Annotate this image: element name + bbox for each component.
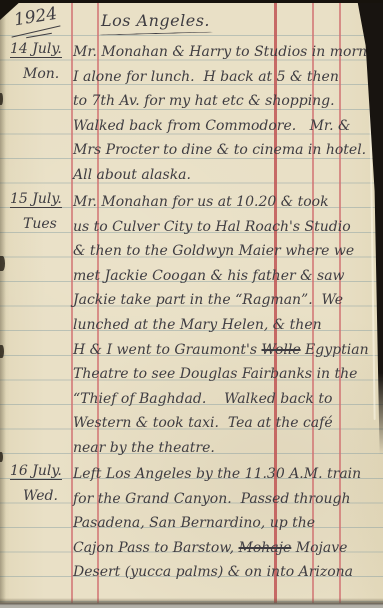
diary-line: to 7th Av. for my hat etc & shopping. xyxy=(73,89,379,114)
diary-line: met Jackie Coogan & his father & saw xyxy=(73,264,379,289)
diary-line: Walked back from Commodore. Mr. & xyxy=(73,114,379,139)
diary-line: Theatre to see Douglas Fairbanks in the xyxy=(73,362,379,387)
diary-line: Cajon Pass to Barstow, Mohaje Mojave xyxy=(73,536,379,561)
struck-word: Mohaje xyxy=(239,540,292,556)
diary-line: near by the theatre. xyxy=(73,436,379,461)
diary-line: I alone for lunch. H back at 5 & then xyxy=(73,65,379,90)
entry-day: Wed. xyxy=(23,488,58,504)
diary-line: Left Los Angeles by the 11.30 A.M. train xyxy=(73,462,379,487)
entry-16-july: 16 July. Wed. Left Los Angeles by the 11… xyxy=(0,462,383,585)
diary-line: “Thief of Baghdad. Walked back to xyxy=(73,387,379,412)
diary-line: Mrs Procter to dine & to cinema in hotel… xyxy=(73,138,379,163)
line-segment: Egyptian xyxy=(301,342,369,358)
entry-14-july: 14 July. Mon. Mr. Monahan & Harry to Stu… xyxy=(0,40,383,188)
page-title: Los Angeles. xyxy=(101,11,210,30)
entry-body: Mr. Monahan for us at 10.20 & took us to… xyxy=(73,190,379,461)
diary-line: Mr. Monahan & Harry to Studios in mornin… xyxy=(73,40,379,65)
entry-day: Tues xyxy=(23,216,57,232)
diary-line: & then to the Goldwyn Maier where we xyxy=(73,239,379,264)
diary-line: Jackie take part in the “Ragman”. We xyxy=(73,288,379,313)
line-segment: Cajon Pass to Barstow, xyxy=(73,540,239,556)
entry-15-july: 15 July. Tues Mr. Monahan for us at 10.2… xyxy=(0,190,383,461)
top-edge-shadow xyxy=(0,0,383,3)
diary-line: Mr. Monahan for us at 10.20 & took xyxy=(73,190,379,215)
entry-date: 14 July. xyxy=(10,41,62,58)
bottom-edge-shadow xyxy=(0,598,383,608)
diary-line: for the Grand Canyon. Passed through xyxy=(73,487,379,512)
diary-line: us to Culver City to Hal Roach's Studio xyxy=(73,215,379,240)
diary-line: Pasadena, San Bernardino, up the xyxy=(73,511,379,536)
entry-date: 16 July. xyxy=(10,463,62,480)
entry-date: 15 July. xyxy=(10,191,62,208)
struck-word: Wolle xyxy=(262,342,301,358)
diary-line: Desert (yucca palms) & on into Arizona xyxy=(73,560,379,585)
entry-body: Left Los Angeles by the 11.30 A.M. train… xyxy=(73,462,379,585)
line-segment: Mojave xyxy=(291,540,347,556)
diary-line: All about alaska. xyxy=(73,163,379,188)
diary-line: Western & took taxi. Tea at the café xyxy=(73,411,379,436)
entry-body: Mr. Monahan & Harry to Studios in mornin… xyxy=(73,40,379,188)
diary-line: lunched at the Mary Helen, & then xyxy=(73,313,379,338)
entry-day: Mon. xyxy=(23,66,59,82)
diary-page: 1924 Los Angeles. 14 July. Mon. Mr. Mona… xyxy=(0,0,383,608)
diary-line: H & I went to Graumont's Wolle Egyptian xyxy=(73,338,379,363)
line-segment: H & I went to Graumont's xyxy=(73,342,262,358)
left-edge-shadow xyxy=(0,0,6,608)
